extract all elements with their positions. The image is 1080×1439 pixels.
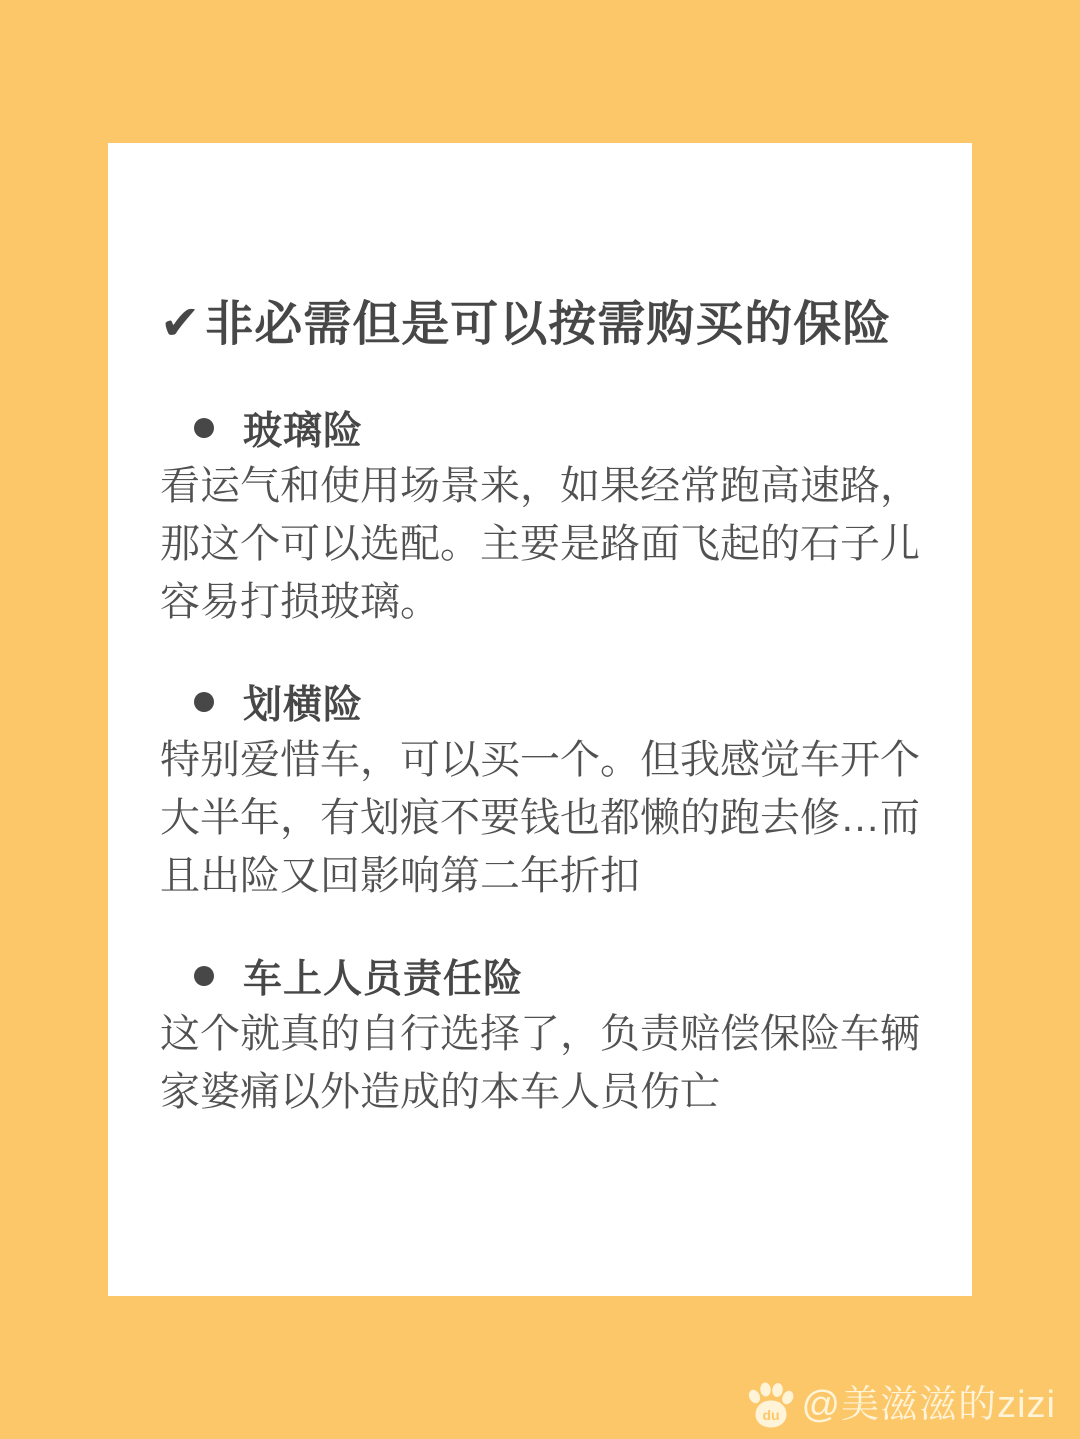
section-scratch-insurance: 划横险 特别爱惜车，可以买一个。但我感觉车开个大半年，有划痕不要钱也都懒的跑去修…: [160, 673, 920, 905]
bullet-icon: [194, 692, 214, 712]
baidu-paw-icon: du: [745, 1380, 797, 1430]
checkmark-icon: ✔: [160, 292, 201, 356]
watermark: du @美滋滋的zizi: [745, 1380, 1056, 1430]
post-image: ✔ 非必需但是可以按需购买的保险 玻璃险 看运气和使用场景来，如果经常跑高速路，…: [0, 0, 1080, 1439]
section-body: 这个就真的自行选择了，负责赔偿保险车辆家婆痛以外造成的本车人员伤亡: [160, 1005, 920, 1121]
section-label: 划横险: [243, 674, 363, 730]
page-title-text: 非必需但是可以按需购买的保险: [205, 293, 891, 357]
bullet-icon: [194, 966, 214, 986]
section-label: 玻璃险: [243, 400, 363, 456]
paw-du-text: du: [762, 1407, 779, 1423]
section-header: 车上人员责任险: [160, 947, 920, 1005]
section-glass-insurance: 玻璃险 看运气和使用场景来，如果经常跑高速路，那这个可以选配。主要是路面飞起的石…: [160, 399, 920, 631]
bullet-icon: [194, 418, 214, 438]
section-passenger-liability-insurance: 车上人员责任险 这个就真的自行选择了，负责赔偿保险车辆家婆痛以外造成的本车人员伤…: [160, 947, 920, 1121]
watermark-handle: @美滋滋的zizi: [802, 1381, 1056, 1429]
page-title: ✔ 非必需但是可以按需购买的保险: [160, 293, 920, 357]
section-header: 玻璃险: [160, 399, 920, 457]
section-body: 特别爱惜车，可以买一个。但我感觉车开个大半年，有划痕不要钱也都懒的跑去修…而且出…: [160, 731, 920, 905]
section-header: 划横险: [160, 673, 920, 731]
content-card: ✔ 非必需但是可以按需购买的保险 玻璃险 看运气和使用场景来，如果经常跑高速路，…: [108, 143, 972, 1296]
section-body: 看运气和使用场景来，如果经常跑高速路，那这个可以选配。主要是路面飞起的石子儿容易…: [160, 457, 920, 631]
section-label: 车上人员责任险: [243, 948, 523, 1004]
